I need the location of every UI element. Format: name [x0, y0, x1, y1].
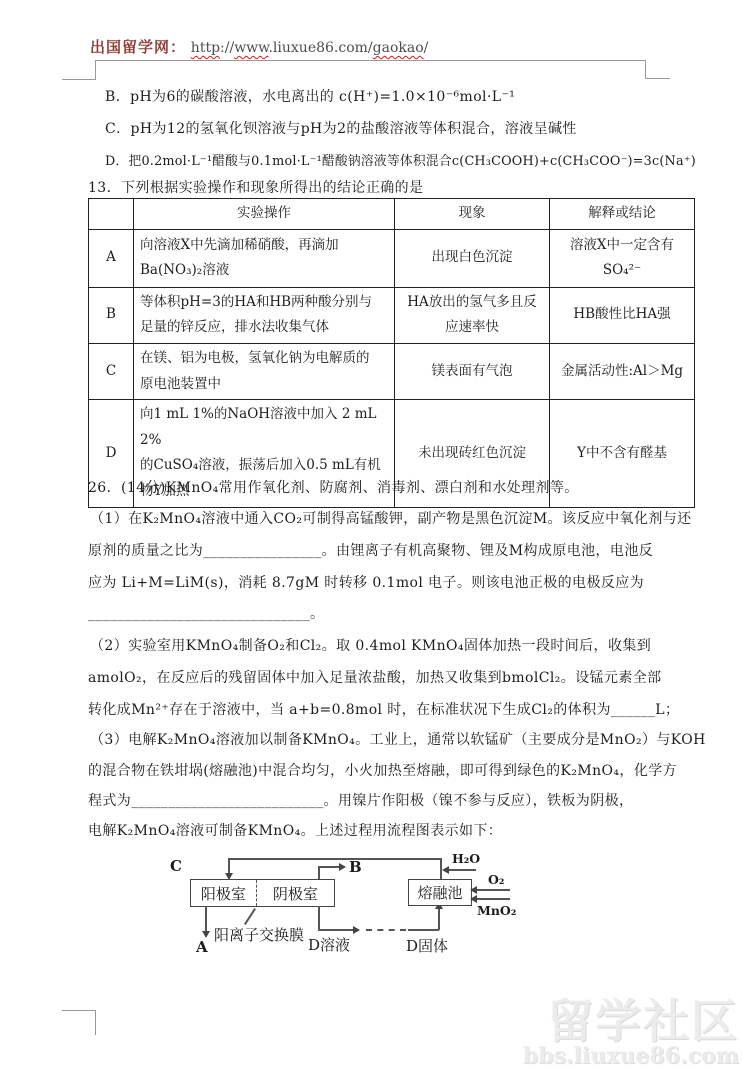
anode-chamber-label: 阳极室 [191, 880, 257, 906]
q26-part1-blank-line: ______________________________。 [88, 603, 324, 623]
arrow-oxygen [470, 886, 477, 894]
site-name: 出国留学网： [90, 38, 186, 56]
arrow-to-a [202, 931, 210, 938]
flow-line-d-dashed [366, 929, 406, 931]
melt-pool-label: 熔融池 [417, 882, 462, 903]
q26-part3-line4: 电解K₂MnO₄溶液可制备KMnO₄。上述过程用流程图表示如下： [88, 820, 502, 840]
header-url-segment: .liuxue86.com/ [268, 40, 372, 56]
label-c: C [170, 857, 182, 875]
arrow-mno2 [470, 895, 477, 903]
cell-phenomenon: 出现白色沉淀 [395, 229, 550, 287]
margin-mark-bottom-left-vertical [95, 1010, 96, 1035]
flow-line-a-down [205, 906, 207, 932]
membrane-label: 阳离子交换膜 [214, 924, 304, 945]
document-page: 出国留学网： http://www.liuxue86.com/gaokao/ B… [0, 0, 743, 1069]
flow-line-top [228, 858, 442, 860]
arrow-water [442, 866, 449, 874]
question-13-stem: 13．下列根据实验操作和现象所得出的结论正确的是 [88, 177, 423, 197]
row-label: C [89, 343, 134, 399]
header-url: http://www.liuxue86.com/gaokao/ [191, 40, 429, 56]
watermark: 留学社区 bbs.liuxue86.com [523, 998, 739, 1067]
process-flow-diagram: C 阳极室 阴极室 B A 阳离子交换膜 D溶液 D固体 [150, 845, 530, 965]
margin-mark-top-left-horizontal [62, 79, 95, 80]
col-header-operation: 实验操作 [134, 199, 395, 230]
d-solution-label: D溶液 [308, 934, 350, 955]
cell-conclusion: 溶液X中一定含有 SO₄²⁻ [550, 229, 695, 287]
margin-mark-top-right-horizontal [645, 78, 670, 79]
cell-phenomenon: HA放出的氢气多且反 应速率快 [395, 287, 550, 343]
membrane-pointer-line [244, 908, 256, 925]
table-header-row: 实验操作 现象 解释或结论 [89, 199, 695, 230]
cell-phenomenon: 镁表面有气泡 [395, 343, 550, 399]
row-label: B [89, 287, 134, 343]
oxygen-label: O₂ [488, 872, 504, 887]
q26-part1-line3: 应为 Li+M=LiM(s)，消耗 8.7gM 时转移 0.1mol 电子。则该… [88, 572, 644, 592]
q26-part3-line3: 程式为__________________________。用镍片作阳极（镍不参… [88, 790, 633, 810]
q26-part1-line2: 原剂的质量之比为________________。由锂离子有机高聚物、锂及M构成… [88, 540, 653, 560]
option-b: B．pH为6的碳酸溶液，水电离出的 c(H⁺)=1.0×10⁻⁶mol·L⁻¹ [105, 86, 515, 106]
arrow-d-solution [353, 926, 360, 934]
header-url-segment: www [234, 40, 268, 56]
cell-conclusion: HB酸性比HA强 [550, 287, 695, 343]
option-c: C．pH为12的氢氧化钡溶液与pH为2的盐酸溶液等体积混合，溶液呈碱性 [105, 118, 577, 138]
option-d: D．把0.2mol·L⁻¹醋酸与0.1mol·L⁻¹醋酸钠溶液等体积混合c(CH… [105, 150, 696, 169]
flow-line-b-right [318, 866, 340, 868]
cathode-chamber-label: 阴极室 [257, 880, 334, 906]
header: 出国留学网： http://www.liuxue86.com/gaokao/ [90, 36, 428, 57]
label-b: B [349, 858, 362, 876]
melt-pool-box: 熔融池 [408, 879, 472, 906]
row-label: A [89, 229, 134, 287]
flow-line-water [446, 869, 476, 871]
header-url-segment: :// [220, 40, 234, 56]
experiment-table: 实验操作 现象 解释或结论 A向溶液X中先滴加稀硝酸，再滴加 Ba(NO₃)₂溶… [88, 198, 695, 508]
margin-mark-bottom-left-horizontal [62, 1010, 95, 1011]
flow-line-oxygen [474, 889, 510, 891]
header-url-segment: / [424, 40, 429, 56]
table-row: B等体积pH=3的HA和HB两种酸分别与 足量的锌反应，排水法收集气体HA放出的… [89, 287, 695, 343]
margin-mark-top-left-vertical [95, 60, 96, 80]
table-row: C在镁、铝为电极，氢氧化钠为电解质的 原电池装置中镁表面有气泡金属活动性:Al＞… [89, 343, 695, 399]
cell-conclusion: 金属活动性:Al＞Mg [550, 343, 695, 399]
mno2-label: MnO₂ [477, 903, 516, 918]
electrolysis-cell-box: 阳极室 阴极室 [190, 879, 335, 907]
flow-line-c-down [228, 859, 230, 874]
q26-part2-line1: （2）实验室用KMnO₄制备O₂和Cl₂。取 0.4mol KMnO₄固体加热一… [90, 635, 651, 655]
header-url-segment: http [191, 40, 220, 56]
header-rule [95, 60, 645, 61]
flow-line-into-melt [438, 907, 440, 930]
q26-part3-line1: （3）电解K₂MnO₄溶液加以制备KMnO₄。工业上，通常以软锰矿（主要成分是M… [90, 729, 706, 749]
header-url-segment: gaokao [373, 40, 424, 56]
arrow-to-b [339, 863, 346, 871]
flow-line-d-solid [408, 929, 439, 931]
water-label: H₂O [452, 851, 480, 866]
q26-part1-line1: （1）在K₂MnO₄溶液中通入CO₂可制得高锰酸钾，副产物是黑色沉淀M。该反应中… [90, 508, 692, 528]
q26-part3-line2: 的混合物在铁坩埚(熔融池)中混合均匀，小火加热至熔融，即可得到绿色的K₂MnO₄… [88, 760, 677, 780]
watermark-url: bbs.liuxue86.com [523, 1045, 739, 1067]
col-header-phenomenon: 现象 [395, 199, 550, 230]
watermark-title: 留学社区 [523, 998, 739, 1045]
cell-operation: 向溶液X中先滴加稀硝酸，再滴加 Ba(NO₃)₂溶液 [134, 229, 395, 287]
table-row: A向溶液X中先滴加稀硝酸，再滴加 Ba(NO₃)₂溶液出现白色沉淀溶液X中一定含… [89, 229, 695, 287]
cell-operation: 等体积pH=3的HA和HB两种酸分别与 足量的锌反应，排水法收集气体 [134, 287, 395, 343]
margin-mark-top-right-vertical [645, 60, 646, 79]
question-26-stem: 26．(14分)KMnO₄常用作氧化剂、防腐剂、消毒剂、漂白剂和水处理剂等。 [88, 477, 579, 497]
flow-line-d-right [318, 929, 354, 931]
label-a: A [196, 938, 208, 956]
q26-part2-line3: 转化成Mn²⁺存在于溶液中，当 a+b=0.8mol 时，在标准状况下生成Cl₂… [88, 699, 679, 719]
col-header-blank [89, 199, 134, 230]
q26-part2-line2: amolO₂，在反应后的残留固体中加入足量浓盐酸，加热又收集到bmolCl₂。设… [88, 667, 662, 687]
cell-operation: 在镁、铝为电极，氢氧化钠为电解质的 原电池装置中 [134, 343, 395, 399]
d-solid-label: D固体 [406, 935, 448, 956]
flow-line-d-down [318, 906, 320, 931]
col-header-conclusion: 解释或结论 [550, 199, 695, 230]
flow-line-mno2 [474, 898, 510, 900]
